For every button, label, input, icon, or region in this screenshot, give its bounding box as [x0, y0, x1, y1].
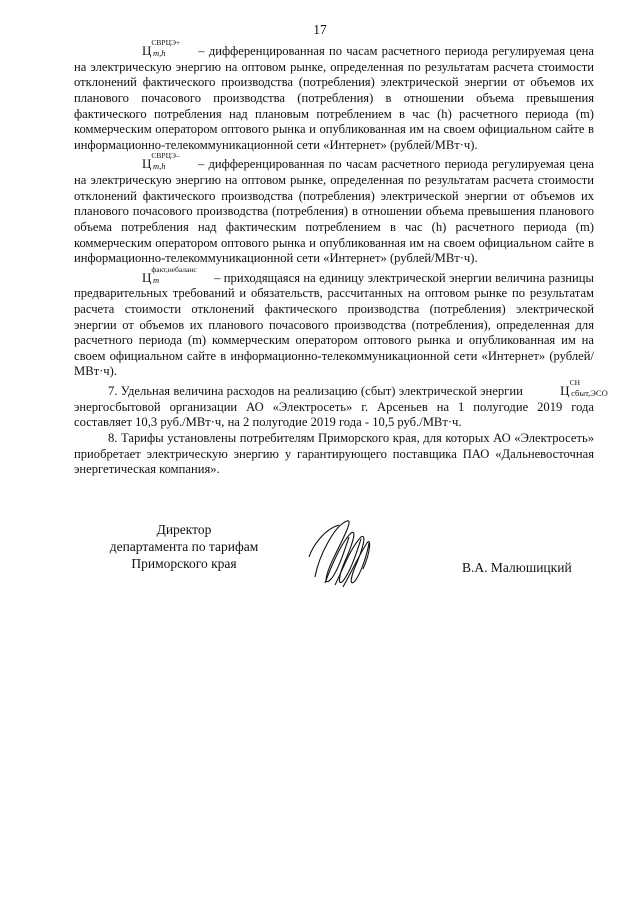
paragraph-number: 7. [108, 384, 117, 398]
document-body: ЦСВРЦЭ+m,h – дифференцированная по часам… [74, 40, 594, 478]
signature-block: Директор департамента по тарифам Приморс… [0, 515, 640, 615]
paragraph-number: 8. [108, 431, 117, 445]
definition-paragraph: ЦСВРЦЭ–m,h – дифференцированная по часам… [74, 153, 594, 266]
signatory-name: В.А. Малюшицкий [462, 560, 572, 576]
definition-paragraph: Цфакт,небалансm – приходящаяся на единиц… [74, 267, 594, 380]
formula-symbol: ЦСВРЦЭ–m,h [108, 153, 180, 173]
signatory-title: Директор департамента по тарифам Приморс… [84, 521, 284, 572]
definition-paragraph: ЦСВРЦЭ+m,h – дифференцированная по часам… [74, 40, 594, 153]
paragraph-text: Тарифы установлены потребителям Приморск… [74, 431, 594, 476]
formula-symbol: Цфакт,небалансm [108, 267, 197, 287]
paragraph-lead: Удельная величина расходов на реализацию… [121, 384, 523, 398]
page-number: 17 [0, 22, 640, 38]
formula-symbol: ЦСВРЦЭ+m,h [108, 40, 180, 60]
numbered-paragraph-7: 7. Удельная величина расходов на реализа… [74, 380, 594, 431]
formula-symbol: ЦСНсбыт,ЭСО [526, 380, 580, 400]
paragraph-text: энергосбытовой организации АО «Электросе… [74, 400, 594, 430]
handwritten-signature-icon [305, 515, 385, 595]
numbered-paragraph-8: 8. Тарифы установлены потребителям Примо… [74, 431, 594, 478]
